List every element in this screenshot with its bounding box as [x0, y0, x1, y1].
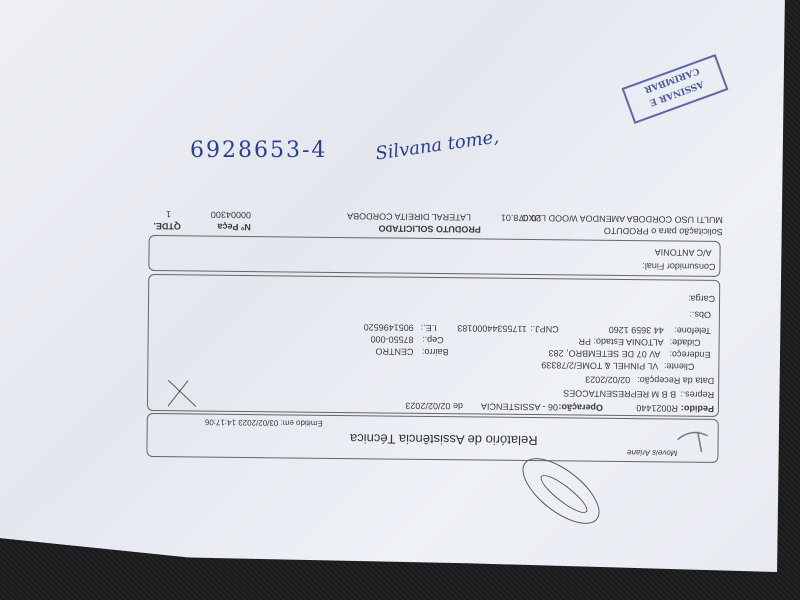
col-produto: PRODUTO SOLICITADO [379, 223, 481, 234]
recepcao-value: 02/02/2023 [585, 375, 630, 385]
endereco-label: Endereço: [669, 349, 710, 359]
recepcao-label: Data da Recepção: [637, 375, 714, 386]
col-peca: Nº Peça [217, 222, 250, 232]
cep-label: Cep.: [422, 335, 444, 345]
cnpj-value: 11755344000183 [457, 323, 527, 334]
endereco-value: AV 07 DE SETEMBRO, 283 [549, 348, 661, 359]
telefone-label: Telefone: [674, 326, 711, 336]
qty-value: 1 [166, 209, 171, 219]
product-section-label: Solicitação para o PRODUTO [604, 226, 723, 237]
repres-value: B B M REPRESENTACOES [563, 388, 676, 399]
carga-label: Carga: [688, 294, 715, 304]
emitted-date: Emitido em: 03/02/2023 14:17:06 [205, 418, 323, 428]
cidade-label: Cidade: [670, 337, 701, 347]
client-box: Pedido: R0021440 Operação: 06 - ASSISTEN… [147, 274, 720, 417]
operacao-date: de 02/02/2023 [405, 401, 463, 412]
product-name: MULTI USO CORDOBA AMENDOA WOOD LUXO [521, 213, 722, 225]
obs-label: Obs.: [689, 310, 711, 320]
page-title: Relatório de Assistência Técnica [350, 431, 538, 448]
ie-value: 9051496520 [364, 322, 414, 333]
cep-value: 87550-000 [371, 334, 414, 344]
pedido-label: Pedido: [681, 404, 714, 414]
logo-text: Moveis Ariane [627, 448, 677, 458]
operacao-label: Operação: [558, 402, 603, 412]
product-code: 20.078.01 [501, 213, 541, 223]
header-box: Moveis Ariane Relatório de Assistência T… [146, 413, 718, 463]
telefone-value: 44 3659 1260 [609, 325, 664, 336]
pedido-value: R0021440 [636, 403, 678, 413]
ie-label: I.E.: [421, 323, 437, 333]
consumer-value: A/C ANTONIA [655, 247, 712, 258]
repres-label: Repres.: [680, 390, 714, 400]
cross-mark [158, 378, 198, 408]
handwritten-number: 6928653-4 [190, 138, 327, 163]
cliente-label: Cliente: [664, 361, 695, 371]
consumer-box: Consumidor Final: A/C ANTONIA [148, 235, 720, 277]
cnpj-label: CNPJ.: [530, 324, 559, 334]
part-name: LATERAL DIREITA CORDOBA [347, 211, 471, 222]
consumer-label: Consumidor Final: [642, 261, 715, 272]
cidade-value: ALTONIA Estado: PR [578, 337, 663, 348]
operacao-value: 06 - ASSISTENCIA [481, 401, 558, 412]
bairro-value: CENTRO [375, 346, 413, 356]
cliente-value: VL PINHEL & TOME/2/78339 [541, 360, 658, 371]
bairro-label: Bairro: [422, 347, 449, 357]
col-qtde: QTDE. [153, 221, 181, 231]
printed-form: Moveis Ariane Relatório de Assistência T… [138, 147, 731, 463]
part-number: 00004300 [211, 210, 251, 220]
